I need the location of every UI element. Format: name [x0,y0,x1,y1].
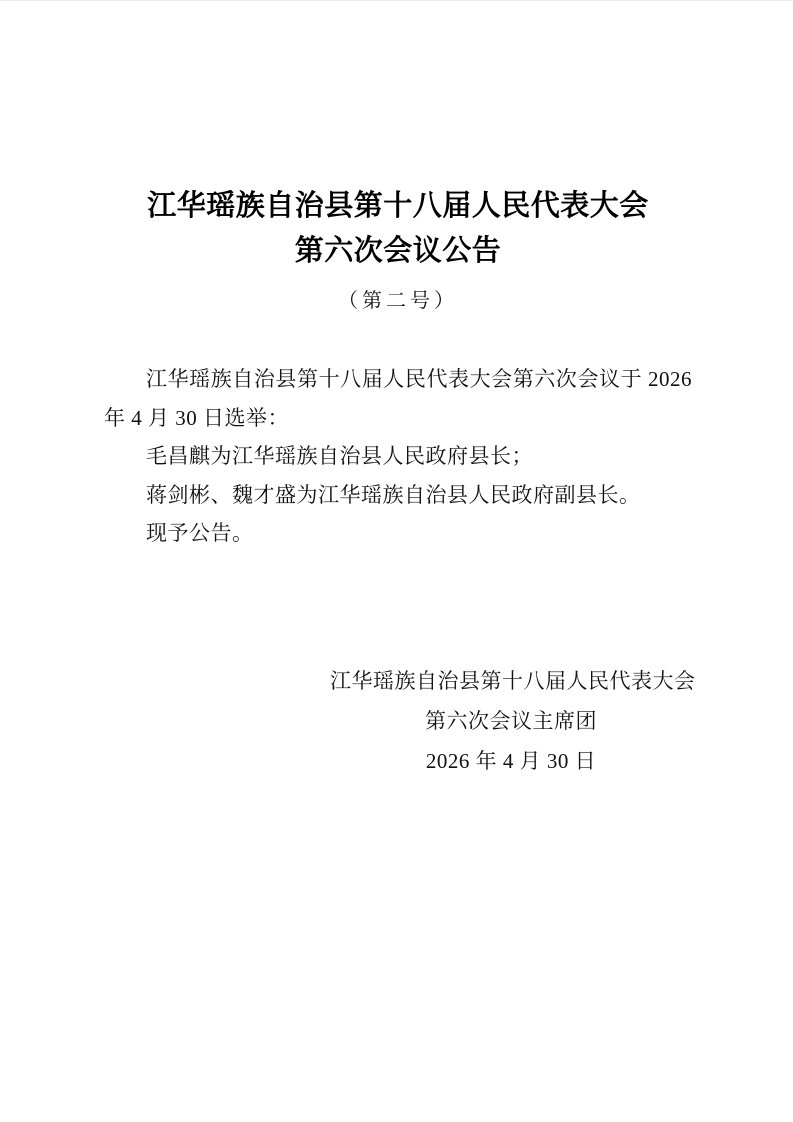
document-number-subtitle: （第二号） [104,288,692,314]
title-block: 江华瑶族自治县第十八届人民代表大会 第六次会议公告 （第二号） [104,184,692,314]
paragraph-1-line-1: 江华瑶族自治县第十八届人民代表大会第六次会议于 2026 [104,360,692,399]
document-title-line2: 第六次会议公告 [104,229,692,274]
paragraph-2: 毛昌麒为江华瑶族自治县人民政府县长； [104,437,692,476]
document-title-line1: 江华瑶族自治县第十八届人民代表大会 [104,184,692,229]
document-page: 江华瑶族自治县第十八届人民代表大会 第六次会议公告 （第二号） 江华瑶族自治县第… [0,0,793,1122]
signature-block: 江华瑶族自治县第十八届人民代表大会 第六次会议主席团 2026 年 4 月 30… [330,661,692,781]
body-block: 江华瑶族自治县第十八届人民代表大会第六次会议于 2026 年 4 月 30 日选… [104,360,692,553]
paragraph-3: 蒋剑彬、魏才盛为江华瑶族自治县人民政府副县长。 [104,476,692,515]
signature-organization-line1: 江华瑶族自治县第十八届人民代表大会 [330,661,692,701]
signature-date: 2026 年 4 月 30 日 [330,741,692,781]
paragraph-1-line-2: 年 4 月 30 日选举： [104,399,692,438]
paragraph-4: 现予公告。 [104,514,692,553]
signature-organization-line2: 第六次会议主席团 [330,701,692,741]
document-content: 江华瑶族自治县第十八届人民代表大会 第六次会议公告 （第二号） 江华瑶族自治县第… [0,184,793,781]
